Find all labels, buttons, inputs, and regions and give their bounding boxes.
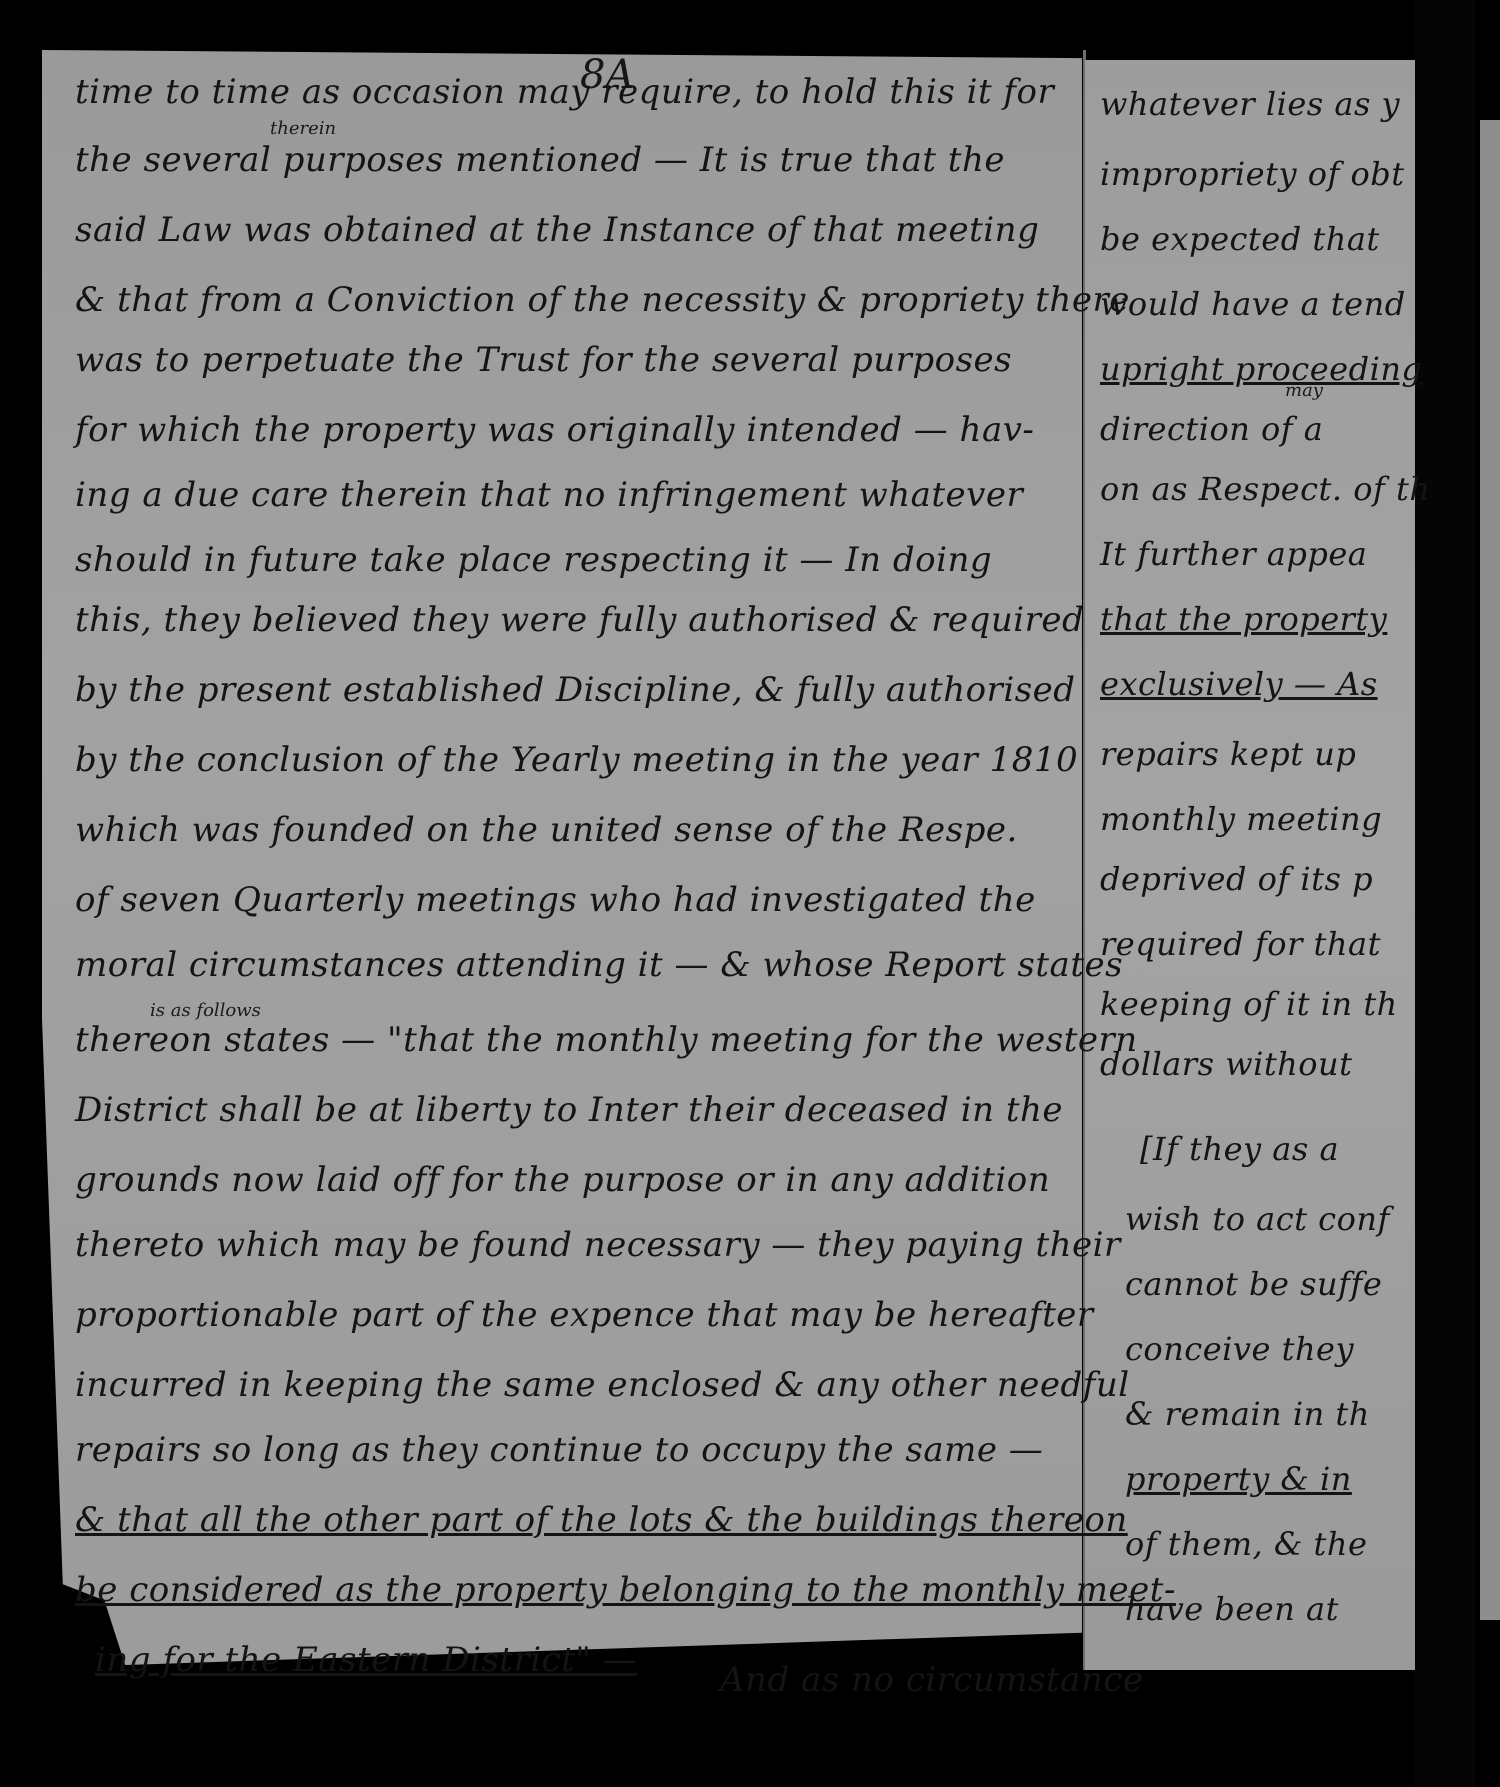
left-line-9: this, they believed they were fully auth… bbox=[75, 600, 1084, 640]
right-line-12: monthly meeting bbox=[1100, 800, 1382, 838]
left-line-17: grounds now laid off for the purpose or … bbox=[75, 1160, 1050, 1200]
right-line-17: [If they as a bbox=[1140, 1130, 1339, 1168]
right-line-22: property & in bbox=[1125, 1460, 1352, 1498]
right-line-13: deprived of its p bbox=[1100, 860, 1373, 898]
left-line-19: proportionable part of the expence that … bbox=[75, 1295, 1094, 1335]
right-line-6: direction of a bbox=[1100, 410, 1323, 448]
left-line-4: & that from a Conviction of the necessit… bbox=[75, 280, 1130, 320]
right-line-2: impropriety of obt bbox=[1100, 155, 1405, 193]
right-line-21: & remain in th bbox=[1125, 1395, 1370, 1433]
right-line-23: of them, & the bbox=[1125, 1525, 1367, 1563]
left-line-7: ing a due care therein that no infringem… bbox=[75, 475, 1023, 515]
left-line-23: be considered as the property belonging … bbox=[75, 1570, 1176, 1610]
right-line-15: keeping of it in th bbox=[1100, 985, 1398, 1023]
left-line-2: the several purposes mentioned — It is t… bbox=[75, 140, 1005, 180]
left-line-5: was to perpetuate the Trust for the seve… bbox=[75, 340, 1012, 380]
left-line-20: incurred in keeping the same enclosed & … bbox=[75, 1365, 1130, 1405]
left-line-24: ing for the Eastern District" — bbox=[95, 1640, 637, 1680]
scan-gutter bbox=[1415, 0, 1475, 1787]
left-line-6: for which the property was originally in… bbox=[75, 410, 1034, 450]
left-line-11: by the conclusion of the Yearly meeting … bbox=[75, 740, 1078, 780]
left-line-8: should in future take place respecting i… bbox=[75, 540, 992, 580]
right-line-10: exclusively — As bbox=[1100, 665, 1378, 703]
left-line-1: time to time as occasion may require, to… bbox=[75, 72, 1054, 112]
interlinear-therein: therein bbox=[270, 118, 336, 139]
interlinear-is-as-follows: is as follows bbox=[150, 1000, 261, 1021]
left-line-15: thereon states — "that the monthly meeti… bbox=[75, 1020, 1138, 1060]
right-line-16: dollars without bbox=[1100, 1045, 1353, 1083]
left-line-10: by the present established Discipline, &… bbox=[75, 670, 1076, 710]
adjacent-page-edge bbox=[1480, 120, 1500, 1620]
left-line-25: And as no circumstance bbox=[720, 1660, 1144, 1700]
right-line-14: required for that bbox=[1100, 925, 1381, 963]
right-line-19: cannot be suffe bbox=[1125, 1265, 1382, 1303]
right-line-8: It further appea bbox=[1100, 535, 1367, 573]
left-line-18: thereto which may be found necessary — t… bbox=[75, 1225, 1121, 1265]
left-line-22: & that all the other part of the lots & … bbox=[75, 1500, 1128, 1540]
left-line-12: which was founded on the united sense of… bbox=[75, 810, 1018, 850]
right-line-18: wish to act conf bbox=[1125, 1200, 1390, 1238]
right-line-9: that the property bbox=[1100, 600, 1387, 638]
left-line-21: repairs so long as they continue to occu… bbox=[75, 1430, 1043, 1470]
right-line-24: have been at bbox=[1125, 1590, 1339, 1628]
right-line-3: be expected that bbox=[1100, 220, 1380, 258]
left-line-13: of seven Quarterly meetings who had inve… bbox=[75, 880, 1036, 920]
left-line-14: moral circumstances attending it — & who… bbox=[75, 945, 1123, 985]
right-line-4: would have a tend bbox=[1100, 285, 1406, 323]
right-line-20: conceive they bbox=[1125, 1330, 1354, 1368]
right-line-5: upright proceeding bbox=[1100, 350, 1422, 388]
left-line-3: said Law was obtained at the Instance of… bbox=[75, 210, 1039, 250]
right-line-1: whatever lies as y bbox=[1100, 85, 1400, 123]
right-line-11: repairs kept up bbox=[1100, 735, 1356, 773]
right-line-7: on as Respect. of th bbox=[1100, 470, 1430, 508]
interlinear-may: may bbox=[1285, 380, 1323, 401]
left-line-16: District shall be at liberty to Inter th… bbox=[75, 1090, 1063, 1130]
